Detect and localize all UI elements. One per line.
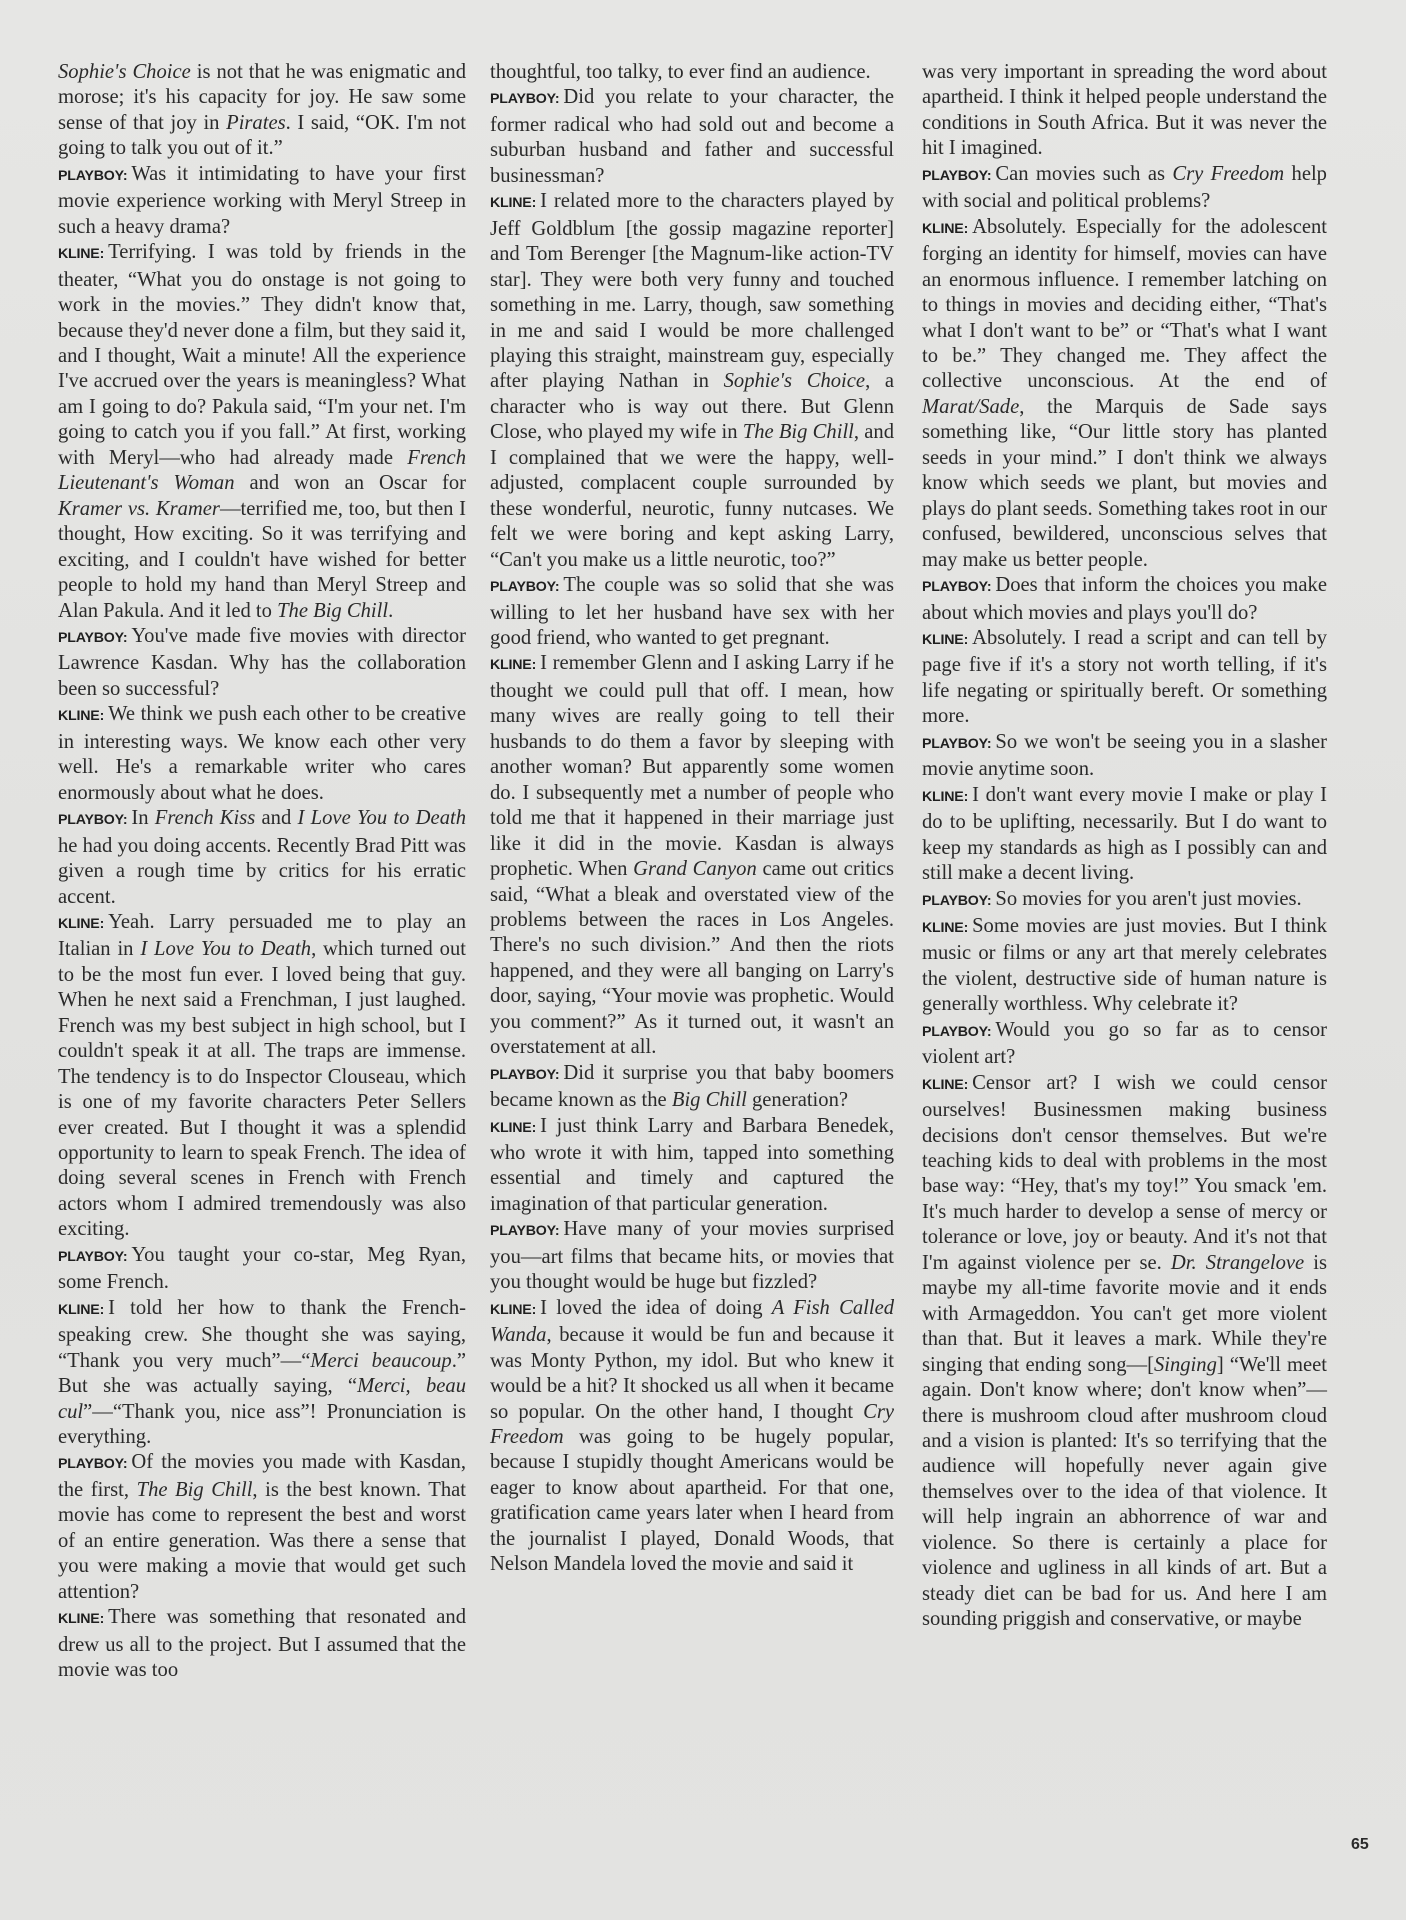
continued-paragraph: Sophie's Choice is not that he was enigm… [58,60,466,162]
speaker-label: PLAYBOY: [58,1456,127,1472]
interviewer-question: PLAYBOY:Was it intimidating to have your… [58,162,466,240]
speaker-label: PLAYBOY: [922,1024,991,1040]
subject-answer: KLINE:Absolutely. Especially for the ado… [922,215,1327,573]
speaker-label: PLAYBOY: [490,579,559,595]
italic-title: Marat/Sade [922,396,1019,418]
italic-title: Pirates [226,112,286,134]
body-text: , the Marquis de Sade says something lik… [922,396,1327,571]
speaker-label: KLINE: [490,1302,536,1318]
italic-title: Sophie's Choice [724,370,865,392]
subject-answer: KLINE:I don't want every movie I make or… [922,783,1327,887]
italic-title: Merci beaucoup [310,1350,451,1372]
body-text: I just think Larry and Barbara Benedek, … [490,1115,894,1215]
body-text: , and I complained that we were the happ… [490,421,894,570]
speaker-label: KLINE: [922,632,968,648]
body-text: thoughtful, too talky, to ever find an a… [490,61,871,83]
interviewer-question: PLAYBOY:So we won't be seeing you in a s… [922,730,1327,783]
italic-title: I Love You to Death [298,807,466,829]
subject-answer: KLINE:Yeah. Larry persuaded me to play a… [58,910,466,1243]
body-text: came out critics said, “What a bleak and… [490,858,894,1058]
subject-answer: KLINE:I remember Glenn and I asking Larr… [490,651,894,1060]
italic-title: The Big Chill [277,600,388,622]
subject-answer: KLINE:There was something that resonated… [58,1605,466,1683]
body-text: Terrifying. I was told by friends in the… [58,241,466,469]
italic-title: The Big Chill [743,421,854,443]
speaker-label: PLAYBOY: [922,579,991,595]
interviewer-question: PLAYBOY:Have many of your movies surpris… [490,1217,894,1295]
subject-answer: KLINE:We think we push each other to be … [58,702,466,806]
speaker-label: KLINE: [58,1302,104,1318]
italic-title: The Big Chill [137,1479,253,1501]
interviewer-question: PLAYBOY:Of the movies you made with Kasd… [58,1450,466,1605]
speaker-label: PLAYBOY: [58,168,127,184]
speaker-label: KLINE: [922,221,968,237]
speaker-label: PLAYBOY: [58,1249,127,1265]
body-text: he had you doing accents. Recently Brad … [58,835,466,908]
interviewer-question: PLAYBOY:Can movies such as Cry Freedom h… [922,162,1327,215]
body-text: was very important in spreading the word… [922,61,1327,159]
body-text: and [255,807,297,829]
speaker-label: PLAYBOY: [922,168,991,184]
speaker-label: KLINE: [490,1120,536,1136]
italic-title: I Love You to Death [140,938,311,960]
italic-title: French Kiss [155,807,255,829]
speaker-label: PLAYBOY: [58,812,127,828]
speaker-label: KLINE: [490,657,536,673]
subject-answer: KLINE:Censor art? I wish we could censor… [922,1071,1327,1633]
interviewer-question: PLAYBOY:In French Kiss and I Love You to… [58,806,466,910]
interviewer-question: PLAYBOY:Does that inform the choices you… [922,573,1327,626]
interviewer-question: PLAYBOY:Would you go so far as to censor… [922,1018,1327,1071]
speaker-label: PLAYBOY: [490,91,559,107]
speaker-label: KLINE: [922,789,968,805]
speaker-label: KLINE: [490,195,536,211]
body-text: was going to be hugely popular, because … [490,1426,894,1575]
speaker-label: PLAYBOY: [490,1223,559,1239]
text-column-2: thoughtful, too talky, to ever find an a… [490,60,894,1578]
body-text: ] “We'll meet again. Don't know where; d… [922,1354,1327,1631]
speaker-label: PLAYBOY: [922,893,991,909]
speaker-label: PLAYBOY: [58,630,127,646]
italic-title: Grand Canyon [633,858,757,880]
interviewer-question: PLAYBOY:Did you relate to your character… [490,85,894,189]
body-text: There was something that resonated and d… [58,1606,466,1681]
body-text: , which turned out to be the most fun ev… [58,938,466,1240]
body-text: Absolutely. I read a script and can tell… [922,627,1327,727]
italic-title: Sophie's Choice [58,61,191,83]
interviewer-question: PLAYBOY:You taught your co-star, Meg Rya… [58,1243,466,1296]
body-text: Some movies are just movies. But I think… [922,915,1327,1015]
body-text: We think we push each other to be creati… [58,703,466,803]
body-text: generation? [747,1089,848,1111]
interviewer-question: PLAYBOY:So movies for you aren't just mo… [922,887,1327,914]
body-text: Censor art? I wish we could censor ourse… [922,1072,1327,1274]
continued-paragraph: was very important in spreading the word… [922,60,1327,162]
subject-answer: KLINE:Terrifying. I was told by friends … [58,240,466,624]
subject-answer: KLINE:I just think Larry and Barbara Ben… [490,1114,894,1218]
speaker-label: PLAYBOY: [490,1067,559,1083]
speaker-label: KLINE: [58,1611,104,1627]
body-text: Absolutely. Especially for the adolescen… [922,216,1327,393]
body-text: So movies for you aren't just movies. [995,888,1301,910]
body-text: I don't want every movie I make or play … [922,784,1327,884]
body-text: and won an Oscar for [235,472,467,494]
subject-answer: KLINE:Some movies are just movies. But I… [922,914,1327,1018]
page-number: 65 [1351,1836,1369,1854]
speaker-label: KLINE: [58,246,104,262]
speaker-label: KLINE: [922,920,968,936]
interviewer-question: PLAYBOY:You've made five movies with dir… [58,624,466,702]
speaker-label: PLAYBOY: [922,736,991,752]
subject-answer: KLINE:I related more to the characters p… [490,189,894,573]
speaker-label: KLINE: [58,916,104,932]
interviewer-question: PLAYBOY:Did it surprise you that baby bo… [490,1061,894,1114]
body-text: . [388,600,393,622]
interviewer-question: PLAYBOY:The couple was so solid that she… [490,573,894,651]
speaker-label: KLINE: [58,708,104,724]
italic-title: Cry Freedom [1172,163,1284,185]
body-text: I related more to the characters played … [490,190,894,392]
body-text: , because it would be fun and because it… [490,1324,894,1422]
body-text: Can movies such as [995,163,1172,185]
italic-title: Singing [1154,1354,1217,1376]
speaker-label: KLINE: [922,1077,968,1093]
italic-title: Big Chill [672,1089,747,1111]
body-text: In [131,807,154,829]
text-column-3: was very important in spreading the word… [922,60,1327,1633]
body-text: ”—“Thank you, nice ass”! Pronunciation i… [58,1401,466,1448]
subject-answer: KLINE:Absolutely. I read a script and ca… [922,626,1327,730]
subject-answer: KLINE:I loved the idea of doing A Fish C… [490,1296,894,1578]
body-text: I loved the idea of doing [540,1297,772,1319]
text-column-1: Sophie's Choice is not that he was enigm… [58,60,466,1684]
body-text: I remember Glenn and I asking Larry if h… [490,652,894,880]
subject-answer: KLINE:I told her how to thank the French… [58,1296,466,1451]
italic-title: Kramer vs. Kramer [58,498,220,520]
continued-paragraph: thoughtful, too talky, to ever find an a… [490,60,894,85]
magazine-page: Sophie's Choice is not that he was enigm… [0,0,1406,1920]
italic-title: Dr. Strangelove [1171,1252,1304,1274]
